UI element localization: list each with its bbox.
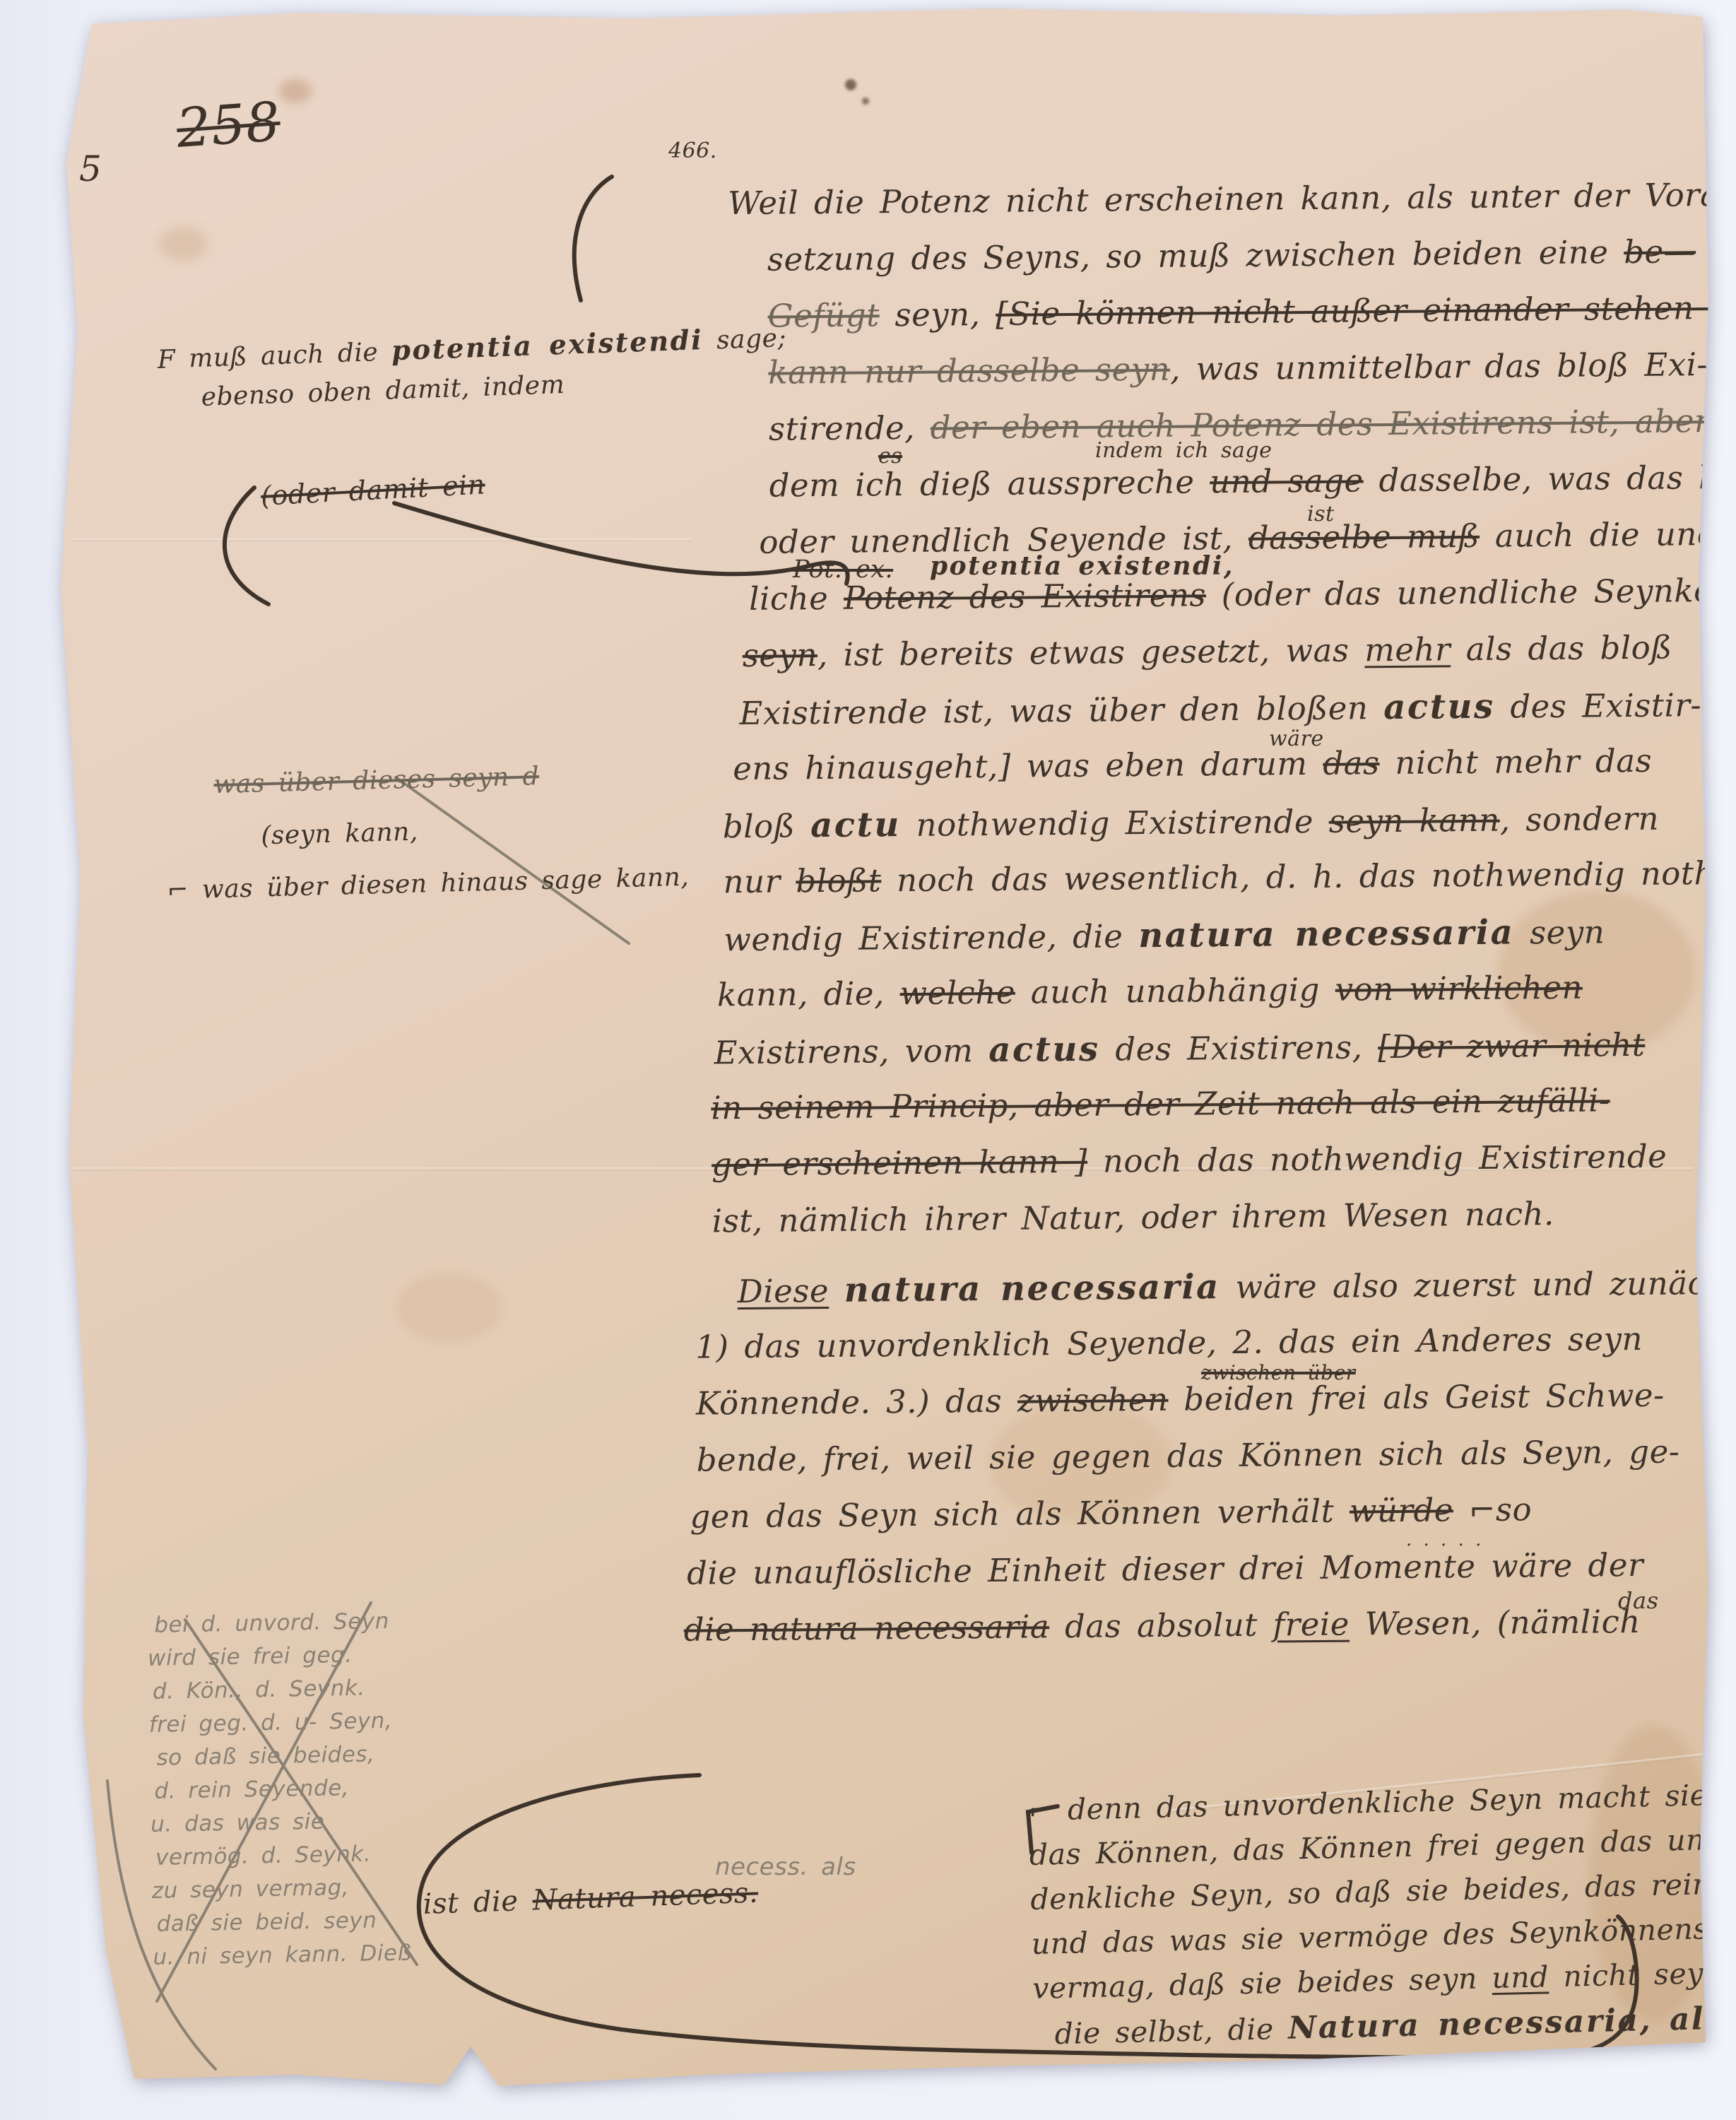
text-segment: dasselbe, was das bloß	[1363, 458, 1736, 499]
text-segment: seyn	[743, 636, 818, 674]
text-segment: liche	[749, 579, 844, 618]
text-segment: so daß sie beides,	[156, 1741, 374, 1770]
text-segment: Existirende ist, was über den bloßen	[739, 689, 1383, 732]
text-line: setzung des Seyns, so muß zwischen beide…	[661, 232, 1736, 298]
text-line: frei geg. d. u- Seyn,	[148, 1708, 408, 1745]
text-segment: auch die unend-	[1480, 514, 1736, 555]
text-segment: kann nur dasselbe seyn	[768, 351, 1170, 391]
latin-term: potentia existendi	[391, 324, 704, 367]
text-segment: wäre also zuerst und zunächst	[1220, 1264, 1736, 1307]
latin-term: actus	[1383, 687, 1495, 727]
text-line: bende, frei, weil sie gegen das Können s…	[672, 1431, 1736, 1497]
text-segment: daß sie beid. seyn	[156, 1907, 377, 1936]
manuscript-paper-sheet: 5 258 466. Weil die Potenz nicht erschei…	[0, 0, 1736, 2120]
text-segment: ⌐so	[1453, 1490, 1533, 1529]
text-segment: würde	[1350, 1491, 1453, 1529]
text-line: Existirens, vom actus des Existirens, [D…	[668, 1023, 1736, 1090]
text-segment: seyn,	[879, 295, 996, 334]
text-segment: (oder das unendliche Seynkönnen	[1206, 571, 1736, 613]
text-segment: Einheit	[1696, 232, 1736, 271]
interlinear-insertion: potentia existendi,	[930, 551, 1234, 581]
text-segment: frei geg. d. u- Seyn,	[148, 1708, 392, 1738]
text-segment: wendig Existirende, die	[724, 917, 1138, 958]
text-segment: des Existirens,	[1099, 1028, 1378, 1068]
interlinear-insertion: necess. als	[715, 1853, 856, 1881]
text-segment: setzung des Seyns, so muß zwischen beide…	[767, 233, 1624, 278]
text-segment: auch unabhängig	[1015, 971, 1335, 1011]
text-segment: ist die	[423, 1885, 533, 1921]
text-segment: des Existir-	[1494, 686, 1701, 726]
text-line: nur bloßt noch das wesentlich, d. h. das…	[666, 854, 1736, 920]
text-line: Könnende. 3.) das zwischen beiden frei a…	[671, 1375, 1736, 1442]
text-segment: Wesen, (nämlich	[1350, 1603, 1641, 1643]
text-line: die natura necessaria das absolut freie …	[673, 1601, 1736, 1667]
text-segment: welche	[899, 974, 1015, 1012]
text-line: u. ni seyn kann. Dieß	[153, 1941, 412, 1978]
text-line: wird sie frei geg.	[148, 1642, 407, 1679]
text-line: dem ich dieß ausspreche und sage dasselb…	[663, 458, 1736, 524]
text-segment: d. rein Seyende,	[154, 1775, 349, 1804]
ink-addition-natura: ist die Natura necess.	[423, 1876, 759, 1928]
interlinear-insertion: · · · · ·	[1406, 1535, 1482, 1556]
text-segment: und sage	[1210, 461, 1364, 500]
text-segment: kann, die,	[717, 974, 900, 1013]
text-segment: der eben auch Potenz des Existirens ist,…	[931, 401, 1736, 446]
text-line: seyn, ist bereits etwas gesetzt, was meh…	[665, 628, 1736, 694]
ink-spot	[845, 79, 856, 90]
text-line: so daß sie beides,	[149, 1741, 408, 1779]
text-line: vermög. d. Seynk.	[151, 1841, 411, 1878]
text-segment: noch das wesentlich, d. h. das nothwendi…	[881, 854, 1726, 899]
text-segment: als das bloß	[1451, 629, 1672, 669]
text-line: kann nur dasselbe seyn, was unmittelbar …	[662, 345, 1736, 411]
text-segment: wird sie frei geg.	[148, 1642, 353, 1671]
text-segment: Diese	[737, 1272, 829, 1310]
text-line: d. Kön., d. Seynk.	[148, 1675, 408, 1712]
interlinear-insertion: zwischen über	[1201, 1361, 1356, 1384]
paper-stain	[396, 1272, 502, 1343]
pencil-draft-column: bei d. unvord. Seynwird sie frei geg.d. …	[147, 1608, 412, 1978]
text-segment: die natura necessaria	[684, 1608, 1050, 1649]
text-segment: seyn	[1514, 913, 1605, 951]
text-segment: bloßt	[796, 861, 881, 900]
text-segment	[829, 1272, 844, 1309]
text-segment: (oder damit ein	[260, 469, 486, 512]
interlinear-insertion: es	[878, 444, 902, 469]
text-segment: Könnende. 3.) das	[696, 1382, 1017, 1423]
text-segment: sage;	[702, 324, 786, 355]
text-segment: die selbst, die	[1054, 2012, 1289, 2051]
text-line: Weil die Potenz nicht erscheinen kann, a…	[661, 175, 1736, 242]
text-segment: das	[1323, 744, 1380, 782]
margin-note-hinaus: was über dieses seyn d(seyn kann,⌐ was ü…	[164, 758, 690, 929]
text-line: (oder damit ein	[260, 469, 487, 522]
text-line: d. rein Seyende,	[150, 1774, 409, 1812]
text-segment: gen das Seyn sich als Können verhält	[690, 1492, 1350, 1536]
text-segment: (seyn kann,	[261, 818, 418, 851]
text-segment: noch das nothwendig Existirende	[1087, 1138, 1667, 1180]
margin-note-oder-damit: (oder damit ein	[260, 469, 487, 522]
interlinear-insertion: ist	[1307, 502, 1335, 526]
text-line: u. das was sie	[150, 1808, 410, 1845]
text-segment: d. Kön., d. Seynk.	[153, 1676, 365, 1704]
text-line: zu seyn vermag,	[152, 1874, 411, 1912]
text-segment: bloß	[723, 807, 811, 845]
text-segment: ist, nämlich ihrer Natur, oder ihrem Wes…	[712, 1195, 1554, 1239]
text-line: bloß actu nothwendig Existirende seyn ka…	[666, 797, 1736, 864]
text-segment: u. das was sie	[150, 1809, 325, 1837]
text-segment: nur	[723, 862, 796, 900]
cancelled-foliation-number: 258	[175, 90, 282, 160]
text-segment: be—	[1624, 232, 1696, 271]
paper-stain	[159, 226, 208, 261]
text-segment: , was unmittelbar das bloß Exi-	[1170, 346, 1708, 388]
text-segment: das absolut	[1049, 1606, 1273, 1646]
text-line: gen das Seyn sich als Können verhält wür…	[672, 1488, 1736, 1554]
text-segment: Existirens, vom	[714, 1032, 988, 1071]
text-segment: und	[1492, 1960, 1549, 1995]
latin-term: actu	[810, 805, 901, 845]
text-segment: , sondern	[1499, 800, 1659, 839]
text-line: ist die Natura necess.	[423, 1876, 759, 1928]
text-segment: mehr	[1364, 630, 1451, 669]
text-segment: u. ni seyn kann. Dieß	[153, 1941, 412, 1970]
text-segment: Natura necess.	[532, 1876, 759, 1916]
text-line: wendig Existirende, die natura necessari…	[667, 910, 1736, 977]
interlinear-insertion: Pot. ex.	[793, 555, 893, 584]
text-segment: F muß auch die	[157, 337, 392, 375]
text-segment: , ist bereits etwas gesetzt, was	[817, 631, 1365, 673]
text-line: in seinem Princip, aber der Zeit nach al…	[668, 1080, 1736, 1146]
text-line: ens hinausgeht,] was eben darum das nich…	[666, 741, 1736, 807]
text-segment: dasselbe muß	[1248, 517, 1480, 557]
text-segment: stirende,	[769, 409, 931, 448]
text-segment: seyn kann	[1329, 801, 1500, 840]
paper-stain	[279, 79, 312, 103]
text-segment: [Sie können nicht außer einander stehen …	[996, 289, 1722, 333]
latin-term: natura necessaria	[1138, 912, 1515, 955]
interlinear-insertion: das	[1618, 1587, 1658, 1614]
foliation-number: 466.	[668, 139, 717, 163]
text-line: ist, nämlich ihrer Natur, oder ihrem Wes…	[670, 1193, 1736, 1259]
text-segment: bei d. unvord. Seyn	[154, 1608, 389, 1638]
text-segment: nothwendig Existirende	[901, 803, 1329, 844]
text-segment: in seinem Princip, aber der Zeit nach al…	[711, 1081, 1610, 1126]
latin-term: actus	[988, 1030, 1100, 1070]
latin-term: natura necessaria	[844, 1267, 1221, 1310]
bottom-right-block: ⌐ denn das unvordenkliche Seyn macht sie…	[1028, 1774, 1736, 2061]
text-line: Gefügt seyn, [Sie können nicht außer ein…	[661, 288, 1736, 355]
text-segment: Potenz des Existirens	[844, 576, 1206, 616]
interlinear-insertion: indem ich sage	[1095, 438, 1272, 463]
main-text-block: Weil die Potenz nicht erscheinen kann, a…	[661, 175, 1736, 1668]
scanned-manuscript: 5 258 466. Weil die Potenz nicht erschei…	[0, 0, 1736, 2120]
text-line: Existirende ist, was über den bloßen act…	[665, 684, 1736, 750]
text-line: die unauflösliche Einheit dieser drei Mo…	[673, 1544, 1736, 1610]
text-segment: nicht mehr das	[1379, 742, 1652, 782]
interlinear-insertion: wäre	[1269, 726, 1324, 751]
text-segment: die unauflösliche Einheit dieser drei Mo…	[687, 1546, 1643, 1592]
text-line: bei d. unvord. Seyn	[147, 1608, 406, 1646]
ink-spot	[862, 98, 869, 105]
text-segment: dem ich dieß ausspreche	[769, 463, 1210, 504]
text-line: kann, die, welche auch unabhängig von wi…	[668, 967, 1736, 1033]
opening-flourish-stroke	[574, 177, 612, 300]
text-segment: bende, frei, weil sie gegen das Können s…	[697, 1432, 1680, 1478]
text-segment: was über dieses seyn d	[213, 762, 540, 799]
text-segment: zwischen	[1017, 1381, 1169, 1420]
text-line: Diese natura necessaria wäre also zuerst…	[670, 1262, 1736, 1329]
text-segment: [Der zwar nicht	[1378, 1026, 1646, 1066]
text-segment: ens hinausgeht,] was eben darum	[733, 745, 1323, 787]
text-segment: ger erscheinen kann ]	[711, 1143, 1087, 1184]
text-segment: d. h.	[1722, 288, 1736, 326]
text-segment: von wirklichen	[1335, 969, 1583, 1008]
paper-crease	[71, 538, 692, 541]
text-segment: zu seyn vermag,	[152, 1875, 350, 1904]
text-segment: freie	[1273, 1606, 1350, 1644]
text-segment: ⌐ denn das unvordenkliche Seyn macht sie…	[1028, 1774, 1736, 1827]
text-segment: nicht seyn kann.	[1548, 1954, 1736, 1994]
text-line: daß sie beid. seyn	[152, 1907, 411, 1945]
pencil-page-number: 5	[79, 148, 102, 189]
text-segment: Weil die Potenz nicht erscheinen kann, a…	[728, 175, 1736, 222]
text-line: ger erscheinen kann ] noch das nothwendi…	[669, 1136, 1736, 1203]
paper-shadow-wrap: 5 258 466. Weil die Potenz nicht erschei…	[0, 0, 1736, 2120]
text-segment: 1) das unvordenklich Seyende, 2. das ein…	[695, 1320, 1643, 1366]
text-segment: vermög. d. Seynk.	[155, 1842, 372, 1871]
